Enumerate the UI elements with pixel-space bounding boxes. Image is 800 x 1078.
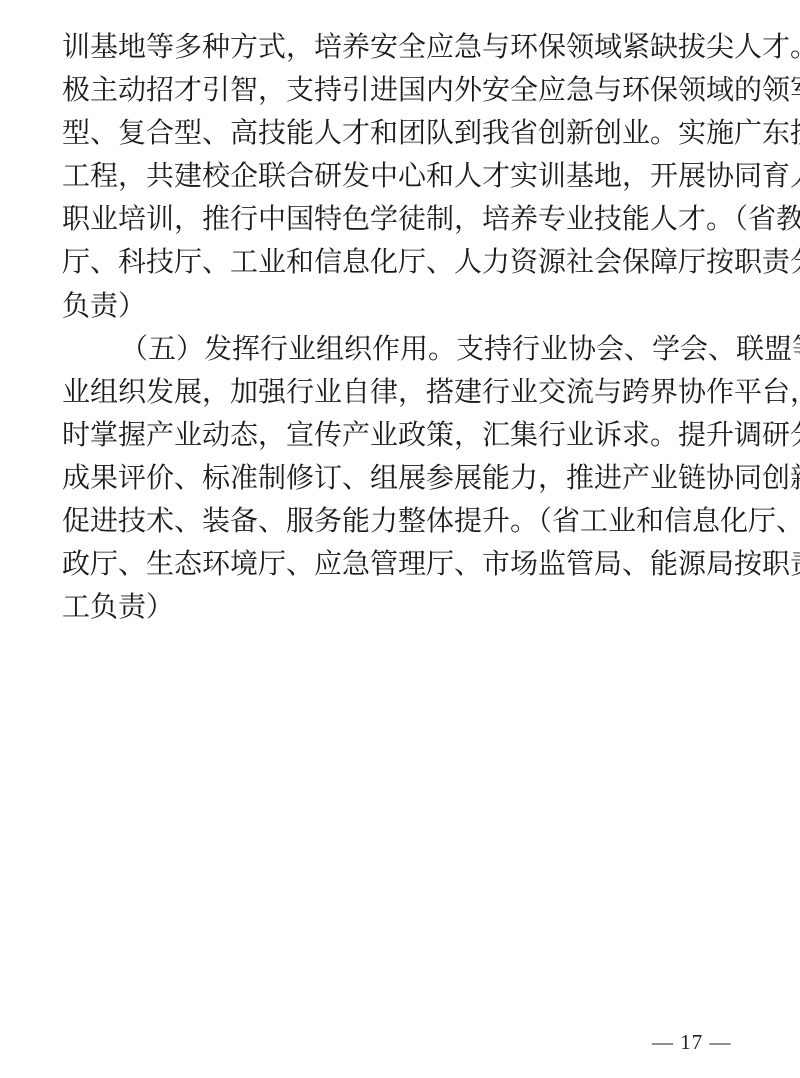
text-line: 工负责） <box>62 585 740 628</box>
paragraph-industry-organizations: （五）发挥行业组织作用。支持行业协会、学会、联盟等行 业组织发展，加强行业自律，… <box>62 327 740 629</box>
text-line: 时掌握产业动态，宣传产业政策，汇集行业诉求。提升调研分析、 <box>62 413 740 456</box>
text-line: 型、复合型、高技能人才和团队到我省创新创业。实施广东技工 <box>62 111 740 154</box>
text-line: 厅、科技厅、工业和信息化厅、人力资源社会保障厅按职责分工 <box>62 240 740 283</box>
section-heading-line: （五）发挥行业组织作用。支持行业协会、学会、联盟等行 <box>62 327 740 370</box>
text-line: 政厅、生态环境厅、应急管理厅、市场监管局、能源局按职责分 <box>62 542 740 585</box>
text-line: 训基地等多种方式，培养安全应急与环保领域紧缺拔尖人才。积 <box>62 25 740 68</box>
text-line: 工程，共建校企联合研发中心和人才实训基地，开展协同育人和 <box>62 154 740 197</box>
paragraph-talent-cultivation-continued: 训基地等多种方式，培养安全应急与环保领域紧缺拔尖人才。积 极主动招才引智，支持引… <box>62 25 740 327</box>
text-line: 极主动招才引智，支持引进国内外安全应急与环保领域的领军 <box>62 68 740 111</box>
text-line: 职业培训，推行中国特色学徒制，培养专业技能人才。（省教育 <box>62 197 740 240</box>
page-number: — 17 — <box>652 1030 732 1055</box>
document-body: 训基地等多种方式，培养安全应急与环保领域紧缺拔尖人才。积 极主动招才引智，支持引… <box>62 25 740 628</box>
text-line: 成果评价、标准制修订、组展参展能力，推进产业链协同创新， <box>62 456 740 499</box>
text-line: 业组织发展，加强行业自律，搭建行业交流与跨界协作平台，及 <box>62 370 740 413</box>
text-line: 负责） <box>62 284 740 327</box>
text-line: 促进技术、装备、服务能力整体提升。（省工业和信息化厅、民 <box>62 499 740 542</box>
